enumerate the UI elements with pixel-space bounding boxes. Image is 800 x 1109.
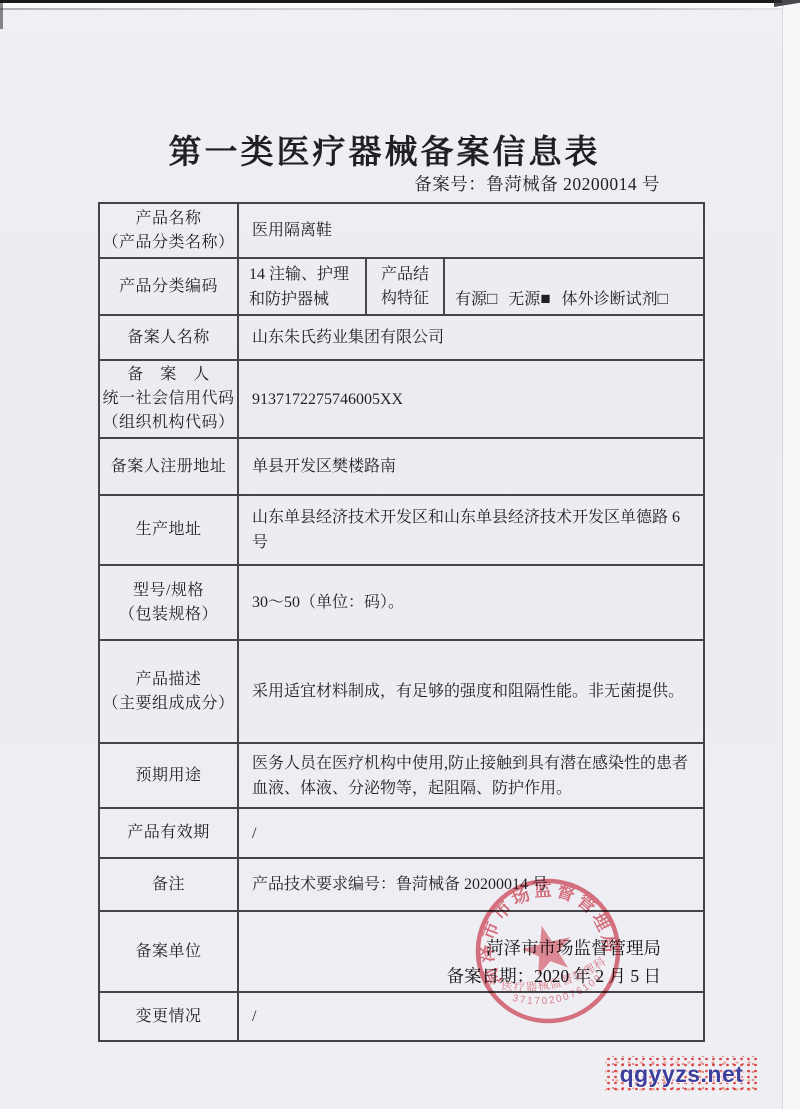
scanned-document-page: 第一类医疗器械备案信息表 备案号：鲁菏械备 20200014 号 产品名称 （产…	[0, 0, 800, 1109]
value-credit-code: 9137172275746005XX	[238, 360, 704, 438]
registering-agency: 菏泽市市场监督管理局	[486, 938, 661, 958]
option-active-label: 有源	[455, 291, 487, 308]
page-title: 第一类医疗器械备案信息表	[82, 126, 687, 173]
registering-unit-signature: 菏泽市市场监督管理局备案日期：2020 年 2 月 5 日	[447, 934, 661, 990]
row-product-description: 产品描述 （主要组成成分） 采用适宜材料制成，有足够的强度和阻隔性能。非无菌提供…	[99, 640, 704, 743]
label-registrant-name: 备案人名称	[99, 315, 238, 360]
label-intended-use: 预期用途	[99, 743, 238, 808]
row-validity-period: 产品有效期 /	[99, 808, 704, 858]
label-product-name: 产品名称 （产品分类名称）	[99, 203, 238, 258]
passive-checkbox: ■	[540, 289, 550, 308]
row-product-name: 产品名称 （产品分类名称） 医用隔离鞋	[99, 203, 704, 258]
value-product-name: 医用隔离鞋	[238, 203, 704, 258]
row-classification-code: 产品分类编码 14 注输、护理 和防护器械 产品结 构特征 有源□无源■体外诊断…	[99, 258, 704, 315]
row-credit-code: 备 案 人 统一社会信用代码 （组织机构代码） 9137172275746005…	[99, 360, 704, 438]
option-passive-label: 无源	[508, 291, 540, 308]
value-registrant-name: 山东朱氏药业集团有限公司	[238, 315, 704, 360]
label-model-spec: 型号/规格 （包装规格）	[99, 565, 238, 640]
active-checkbox: □	[487, 289, 497, 308]
label-production-address: 生产地址	[99, 495, 238, 565]
row-production-address: 生产地址 山东单县经济技术开发区和山东单县经济技术开发区单德路 6 号	[99, 495, 704, 565]
row-model-spec: 型号/规格 （包装规格） 30～50（单位：码）。	[99, 565, 704, 640]
row-intended-use: 预期用途 医务人员在医疗机构中使用,防止接触到具有潜在感染性的患者血液、体液、分…	[99, 743, 704, 808]
registration-date: 备案日期：2020 年 2 月 5 日	[447, 966, 661, 986]
label-structure-feature: 产品结 构特征	[366, 258, 444, 315]
value-change-status: /	[238, 992, 704, 1041]
label-classification-code: 产品分类编码	[99, 258, 238, 315]
label-change-status: 变更情况	[99, 992, 238, 1041]
label-validity-period: 产品有效期	[99, 808, 238, 858]
value-registered-address: 单县开发区樊楼路南	[238, 438, 704, 495]
value-classification-code: 14 注输、护理 和防护器械	[238, 258, 366, 315]
record-number: 备案号：鲁菏械备 20200014 号	[414, 171, 660, 196]
value-model-spec: 30～50（单位：码）。	[238, 565, 704, 640]
row-registrant-name: 备案人名称 山东朱氏药业集团有限公司	[99, 315, 704, 360]
value-intended-use: 医务人员在医疗机构中使用,防止接触到具有潜在感染性的患者血液、体液、分泌物等，起…	[238, 743, 704, 808]
option-ivd-label: 体外诊断试剂	[562, 291, 658, 308]
scan-edge-top-line	[0, 8, 784, 10]
value-registering-unit: 菏泽市市场监督管理局备案日期：2020 年 2 月 5 日	[238, 911, 704, 992]
row-registered-address: 备案人注册地址 单县开发区樊楼路南	[99, 438, 704, 495]
row-registering-unit: 备案单位 菏泽市市场监督管理局备案日期：2020 年 2 月 5 日	[99, 911, 704, 992]
label-registering-unit: 备案单位	[99, 911, 238, 992]
label-remarks: 备注	[99, 858, 238, 911]
registration-table: 产品名称 （产品分类名称） 医用隔离鞋 产品分类编码 14 注输、护理 和防护器…	[98, 202, 705, 1042]
value-product-description: 采用适宜材料制成，有足够的强度和阻隔性能。非无菌提供。	[238, 640, 704, 743]
value-production-address: 山东单县经济技术开发区和山东单县经济技术开发区单德路 6 号	[238, 495, 704, 565]
ivd-checkbox: □	[658, 289, 668, 308]
value-remarks: 产品技术要求编号：鲁菏械备 20200014 号	[238, 858, 704, 911]
row-remarks: 备注 产品技术要求编号：鲁菏械备 20200014 号	[99, 858, 704, 911]
row-change-status: 变更情况 /	[99, 992, 704, 1041]
label-registered-address: 备案人注册地址	[99, 438, 238, 495]
value-validity-period: /	[238, 808, 704, 858]
label-credit-code: 备 案 人 统一社会信用代码 （组织机构代码）	[99, 360, 238, 438]
scan-edge-right	[782, 0, 800, 1109]
structure-options: 有源□无源■体外诊断试剂□	[455, 291, 668, 308]
watermark-text: qgyyzs.net	[620, 1061, 744, 1088]
scan-edge-left-mark	[0, 3, 3, 29]
label-product-description: 产品描述 （主要组成成分）	[99, 640, 238, 743]
watermark: qgyyzs.net	[605, 1056, 758, 1092]
